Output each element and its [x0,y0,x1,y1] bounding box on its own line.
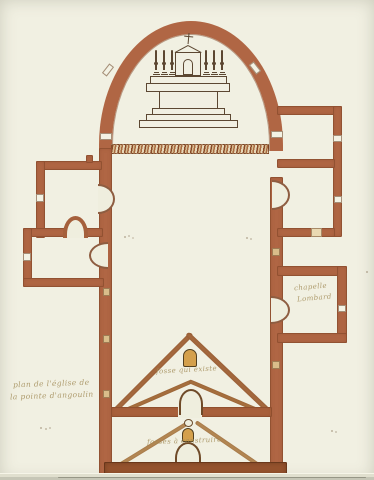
left-chapel-lower-bottom-wall [23,278,104,287]
candlestick [168,50,176,77]
margin-title-line2: la pointe d'angoulin [10,390,94,402]
scanned-plan-page: chapelle Lombard fosse qui existe fosses… [0,0,374,480]
altar-step [139,120,238,128]
paper-edge-smudge [58,477,366,479]
chapel-label-line2: Lombard [297,292,332,303]
chapel-label-line1: chapelle [294,282,328,293]
facade-door-arch [175,442,201,464]
masonry-joint [271,131,283,138]
left-chapel-door-arch [63,216,88,238]
sacristy-divider-wall [277,159,335,168]
door-arch [179,389,203,415]
altar-cross [182,33,193,46]
tabernacle-niche [183,59,193,75]
wall-joint [103,335,110,343]
wall-joint [334,196,342,203]
chapel-window [36,194,44,202]
wall-joint [103,390,110,398]
wall-joint [103,288,110,296]
ink-speck [40,427,42,429]
wall-joint [272,361,280,369]
masonry-joint [102,63,114,76]
chapel-window [338,305,346,312]
wall-gap [311,228,322,237]
fosse-new-label: fosses à construire [147,436,222,447]
engaged-column-niche [271,296,290,324]
wall-joint [333,135,342,142]
ink-speck [366,271,368,273]
candlestick [218,50,226,77]
masonry-joint [100,133,112,140]
ink-speck [124,236,126,238]
communion-rail-hatched-band [111,144,269,154]
engaged-column-niche [98,184,115,214]
sacristy-bottom-wall [277,228,335,237]
right-chapel-bottom-wall [277,333,347,343]
nave-wall-right [270,177,283,475]
sacristy-right-wall [333,106,342,237]
vault-niche [183,349,197,367]
candlestick [152,50,160,77]
candlestick [210,50,218,77]
altar-body [159,91,218,110]
ink-speck [246,237,248,239]
wall-stub [86,155,93,163]
engaged-column-niche [89,242,108,269]
candlestick [160,50,168,77]
candlestick [202,50,210,77]
chapel-window [23,253,31,261]
margin-title-line1: plan de l'église de [13,378,90,390]
wall-joint [272,248,280,256]
ink-speck [331,430,333,432]
small-circle-mark [184,419,193,427]
fosse-existing-label: fosse qui existe [156,364,217,375]
engaged-column-niche [272,180,290,210]
